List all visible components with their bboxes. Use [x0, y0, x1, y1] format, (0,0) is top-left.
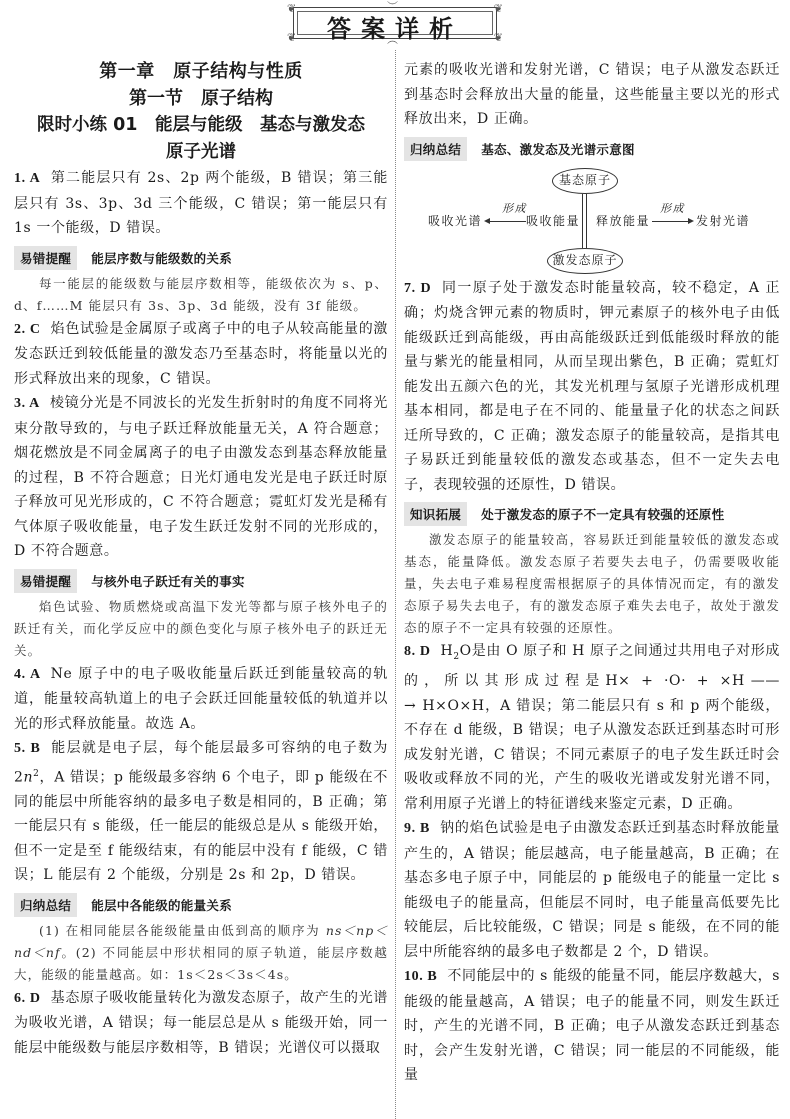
summary-badge: 归纳总结: [14, 893, 77, 917]
form-label-right: 形成: [660, 200, 685, 216]
summary-body: (1) 在相同能层各能级能量由低到高的顺序为 ns＜np＜nd＜nf。(2) 不…: [14, 920, 388, 986]
summary-text: (1) 在相同能层各能级能量由低到高的顺序为: [39, 923, 326, 938]
answer-10: 10. B不同能层中的 s 能级的能量不同，能层序数越大，s 能级的能量越高，A…: [404, 964, 780, 1088]
answer-8: 8. DH2O是由 O 原子和 H 原子之间通过共用电子对形成的，所以其形成过程…: [404, 639, 780, 816]
answer-number: 8. D: [404, 644, 431, 659]
answer-number: 2. C: [14, 322, 41, 337]
answer-3: 3. A棱镜分光是不同波长的光发生折射时的角度不同将光束分散导致的，与电子跃迁释…: [14, 391, 388, 564]
answer-text: 钠的焰色试验是电子由激发态跃迁到基态时释放能量产生的，A 错误；能层越高，电子能…: [404, 820, 780, 960]
answer-7: 7. D同一原子处于激发态时能量较高，较不稳定，A 正确；灼烧含钾元素的物质时，…: [404, 276, 780, 498]
answer-number: 3. A: [14, 396, 40, 411]
transition-line-down: [586, 194, 587, 248]
answer-6: 6. D基态原子吸收能量转化为激发态原子，故产生的光谱为吸收光谱，A 错误；每一…: [14, 986, 388, 1061]
form-label-left: 形成: [502, 200, 527, 216]
arrow-to-emit-spectrum: [652, 221, 690, 222]
answer-number: 10. B: [404, 969, 437, 984]
answer-text: Ne 原子中的电子吸收能量后跃迁到能量较高的轨道，能量较高轨道上的电子会跃迁回能…: [14, 666, 388, 732]
spectrum-diagram: 基态原子 激发态原子 吸收能量 释放能量 形成 吸收光谱 形成 发射光谱: [404, 164, 780, 276]
arrow-right-icon: [688, 218, 694, 224]
answer-text: 同一原子处于激发态时能量较高，较不稳定，A 正确；灼烧含钾元素的物质时，钾元素原…: [404, 280, 780, 493]
extension-header: 知识拓展 处于激发态的原子不一定具有较强的还原性: [404, 501, 780, 527]
lesson-heading-line2: 原子光谱: [14, 139, 388, 166]
page-title: 答案详析: [287, 9, 503, 44]
summary-title: 能层中各能级的能量关系: [91, 896, 232, 914]
tip-header: 易错提醒 与核外电子跃迁有关的事实: [14, 568, 388, 594]
answer-2: 2. C焰色试验是金属原子或离子中的电子从较高能量的激发态跃迁到较低能量的激发态…: [14, 317, 388, 392]
h-symbol: H: [441, 643, 454, 659]
answer-number: 9. B: [404, 821, 430, 836]
summary-badge: 归纳总结: [404, 137, 467, 161]
header-banner: ❦ ❦ ❦ ❦ ︶ ︵ 答案详析: [287, 3, 503, 43]
tip-badge: 易错提醒: [14, 569, 77, 593]
answer-number: 4. A: [14, 667, 41, 682]
formation-rhs: H×O×H: [422, 698, 484, 714]
answer-text-cont: ，A 错误；第二能层只有 s 和 p 两个能级，不存在 d 能级，B 错误；电子…: [404, 698, 780, 812]
variable-n: n: [24, 769, 34, 785]
right-column: 元素的吸收光谱和发射光谱，C 错误；电子从激发态跃迁到基态时会释放出大量的能量，…: [404, 58, 780, 1088]
answer-number: 6. D: [14, 991, 41, 1006]
emit-spectrum-label: 发射光谱: [696, 212, 750, 229]
answer-text: 基态原子吸收能量转化为激发态原子，故产生的光谱为吸收光谱，A 错误；每一能层总是…: [14, 990, 388, 1056]
absorb-spectrum-label: 吸收光谱: [428, 212, 482, 229]
h2o-formula: H2O: [441, 643, 472, 659]
summary-text-cont: 。(2) 不同能层中形状相同的原子轨道，能层序数越大，能级的能量越高。如：1s＜…: [14, 945, 388, 982]
answer-text: 棱镜分光是不同波长的光发生折射时的角度不同将光束分散导致的，与电子跃迁释放能量无…: [14, 395, 388, 559]
answer-text: 第二能层只有 2s、2p 两个能级，B 错误；第三能层只有 3s、3p、3d 三…: [14, 170, 388, 236]
answer-5: 5. B能层就是电子层，每个能层最多可容纳的电子数为 2n2，A 错误；p 能级…: [14, 736, 388, 888]
tip-title: 能层序数与能级数的关系: [91, 249, 232, 267]
summary-title: 基态、激发态及光谱示意图: [481, 140, 635, 158]
extension-badge: 知识拓展: [404, 502, 467, 526]
answer-6-continued: 元素的吸收光谱和发射光谱，C 错误；电子从激发态跃迁到基态时会释放出大量的能量，…: [404, 58, 780, 132]
answer-text-cont: ，A 错误；p 能级最多容纳 6 个电子，即 p 能级在不同的能层中所能容纳的最…: [14, 769, 388, 883]
excited-state-node: 激发态原子: [547, 248, 623, 274]
answer-9: 9. B钠的焰色试验是电子由激发态跃迁到基态时释放能量产生的，A 错误；能层越高…: [404, 816, 780, 964]
answer-4: 4. ANe 原子中的电子吸收能量后跃迁到能量较高的轨道，能量较高轨道上的电子会…: [14, 662, 388, 737]
answer-number: 7. D: [404, 281, 431, 296]
absorb-energy-label: 吸收能量: [526, 212, 580, 229]
tip-body: 焰色试验、物质燃烧或高温下发光等都与原子核外电子的跃迁有关，而化学反应中的颜色变…: [14, 596, 388, 662]
answer-number: 5. B: [14, 741, 40, 756]
column-divider: [395, 50, 396, 1119]
extension-body: 激发态原子的能量较高，容易跃迁到能量较低的激发态或基态，能量降低。激发态原子若要…: [404, 529, 780, 639]
left-column: 第一章 原子结构与性质 第一节 原子结构 限时小练 01 能层与能级 基态与激发…: [14, 58, 388, 1060]
answer-1: 1. A第二能层只有 2s、2p 两个能级，B 错误；第三能层只有 3s、3p、…: [14, 166, 388, 241]
lesson-heading: 限时小练 01 能层与能级 基态与激发态: [14, 112, 388, 139]
arrow-left-icon: [484, 218, 490, 224]
answer-text: 焰色试验是金属原子或离子中的电子从较高能量的激发态跃迁到较低能量的激发态乃至基态…: [14, 321, 388, 387]
formation-lhs: H× + ·O· + ×H: [605, 673, 744, 689]
tip-header: 易错提醒 能层序数与能级数的关系: [14, 245, 388, 271]
answer-number: 1. A: [14, 171, 40, 186]
summary-header: 归纳总结 能层中各能级的能量关系: [14, 892, 388, 918]
section-heading: 第一节 原子结构: [14, 85, 388, 112]
tip-title: 与核外电子跃迁有关的事实: [91, 572, 245, 590]
ground-state-node: 基态原子: [552, 168, 618, 194]
release-energy-label: 释放能量: [596, 212, 650, 229]
o-symbol: O: [460, 643, 472, 659]
tip-body: 每一能层的能级数与能层序数相等，能级依次为 s、p、d、f……M 能层只有 3s…: [14, 273, 388, 317]
transition-line-up: [582, 194, 583, 248]
tip-badge: 易错提醒: [14, 246, 77, 270]
arrow-to-absorb-spectrum: [486, 221, 526, 222]
extension-title: 处于激发态的原子不一定具有较强的还原性: [481, 505, 724, 523]
summary-header: 归纳总结 基态、激发态及光谱示意图: [404, 136, 780, 162]
answer-text: 不同能层中的 s 能级的能量不同，能层序数越大，s 能级的能量越高，A 错误；电…: [404, 968, 780, 1083]
chapter-heading: 第一章 原子结构与性质: [14, 58, 388, 85]
